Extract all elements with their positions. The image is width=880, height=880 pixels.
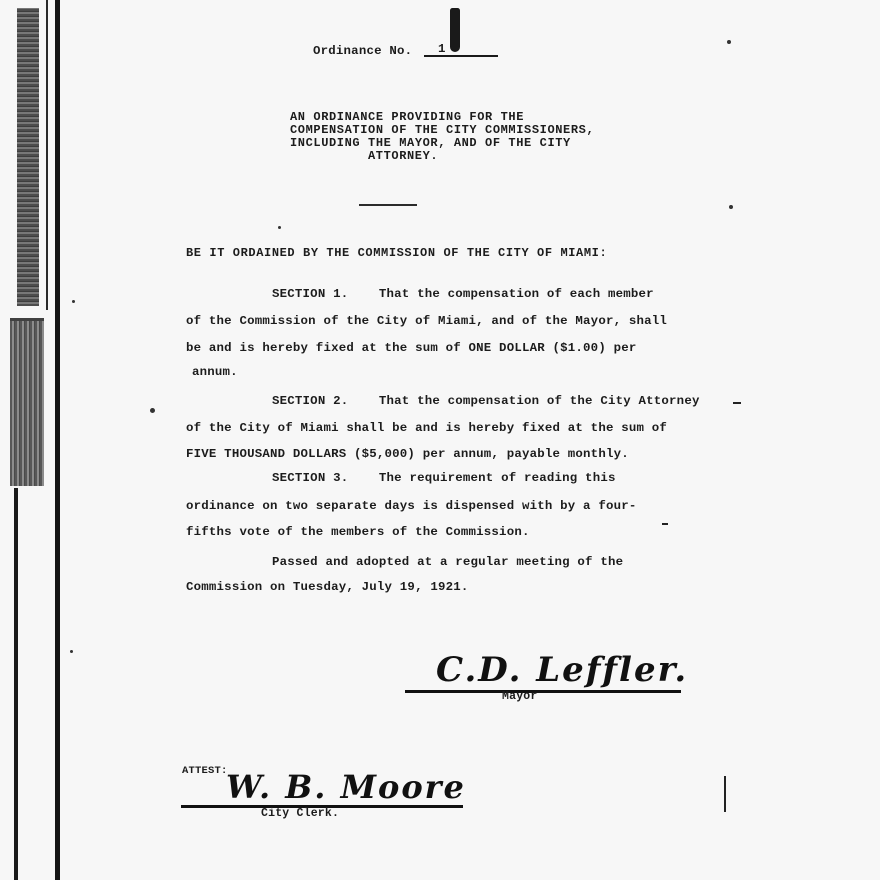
binding-strip — [17, 8, 39, 306]
margin-mark — [662, 523, 668, 525]
mayor-title: Mayor — [502, 690, 538, 703]
mayor-signature: C.D. Leffler. — [436, 650, 688, 690]
binding-strip — [10, 318, 44, 486]
section-3-line: SECTION 3. The requirement of reading th… — [272, 471, 616, 485]
scan-speck — [72, 300, 75, 303]
scan-speck — [729, 205, 733, 209]
title-line: ATTORNEY. — [368, 150, 438, 163]
section-1-line: be and is hereby fixed at the sum of ONE… — [186, 341, 637, 355]
section-3-line: ordinance on two separate days is dispen… — [186, 499, 637, 513]
scan-speck — [278, 226, 281, 229]
scan-speck — [727, 40, 731, 44]
separator-rule — [359, 204, 417, 206]
section-2-line: of the City of Miami shall be and is her… — [186, 421, 667, 435]
binding-edge-line — [14, 488, 18, 880]
passage-line: Commission on Tuesday, July 19, 1921. — [186, 580, 469, 594]
scan-speck — [150, 408, 155, 413]
section-1-line: SECTION 1. That the compensation of each… — [272, 287, 654, 301]
binding-edge-line — [46, 0, 48, 310]
mayor-signature-line — [405, 690, 681, 693]
section-2-line: FIVE THOUSAND DOLLARS ($5,000) per annum… — [186, 447, 629, 461]
ordinance-number-mark — [450, 8, 460, 52]
clerk-signature: W. B. Moore — [226, 768, 466, 806]
scanned-document-page: Ordinance No. 1 AN ORDINANCE PROVIDING F… — [0, 0, 880, 880]
ordinance-number-underline — [424, 55, 498, 57]
enacting-clause: BE IT ORDAINED BY THE COMMISSION OF THE … — [186, 246, 607, 260]
clerk-title: City Clerk. — [261, 807, 339, 820]
margin-mark — [724, 776, 726, 812]
scan-speck — [70, 650, 73, 653]
ordinance-label: Ordinance No. — [313, 44, 412, 58]
section-1-line: annum. — [192, 365, 238, 379]
ordinance-number: 1 — [438, 42, 446, 56]
passage-line: Passed and adopted at a regular meeting … — [272, 555, 623, 569]
section-1-line: of the Commission of the City of Miami, … — [186, 314, 667, 328]
section-3-line: fifths vote of the members of the Commis… — [186, 525, 530, 539]
margin-mark — [733, 402, 741, 404]
binding-edge-line — [55, 0, 60, 880]
section-2-line: SECTION 2. That the compensation of the … — [272, 394, 700, 408]
attest-label: ATTEST: — [182, 765, 228, 777]
